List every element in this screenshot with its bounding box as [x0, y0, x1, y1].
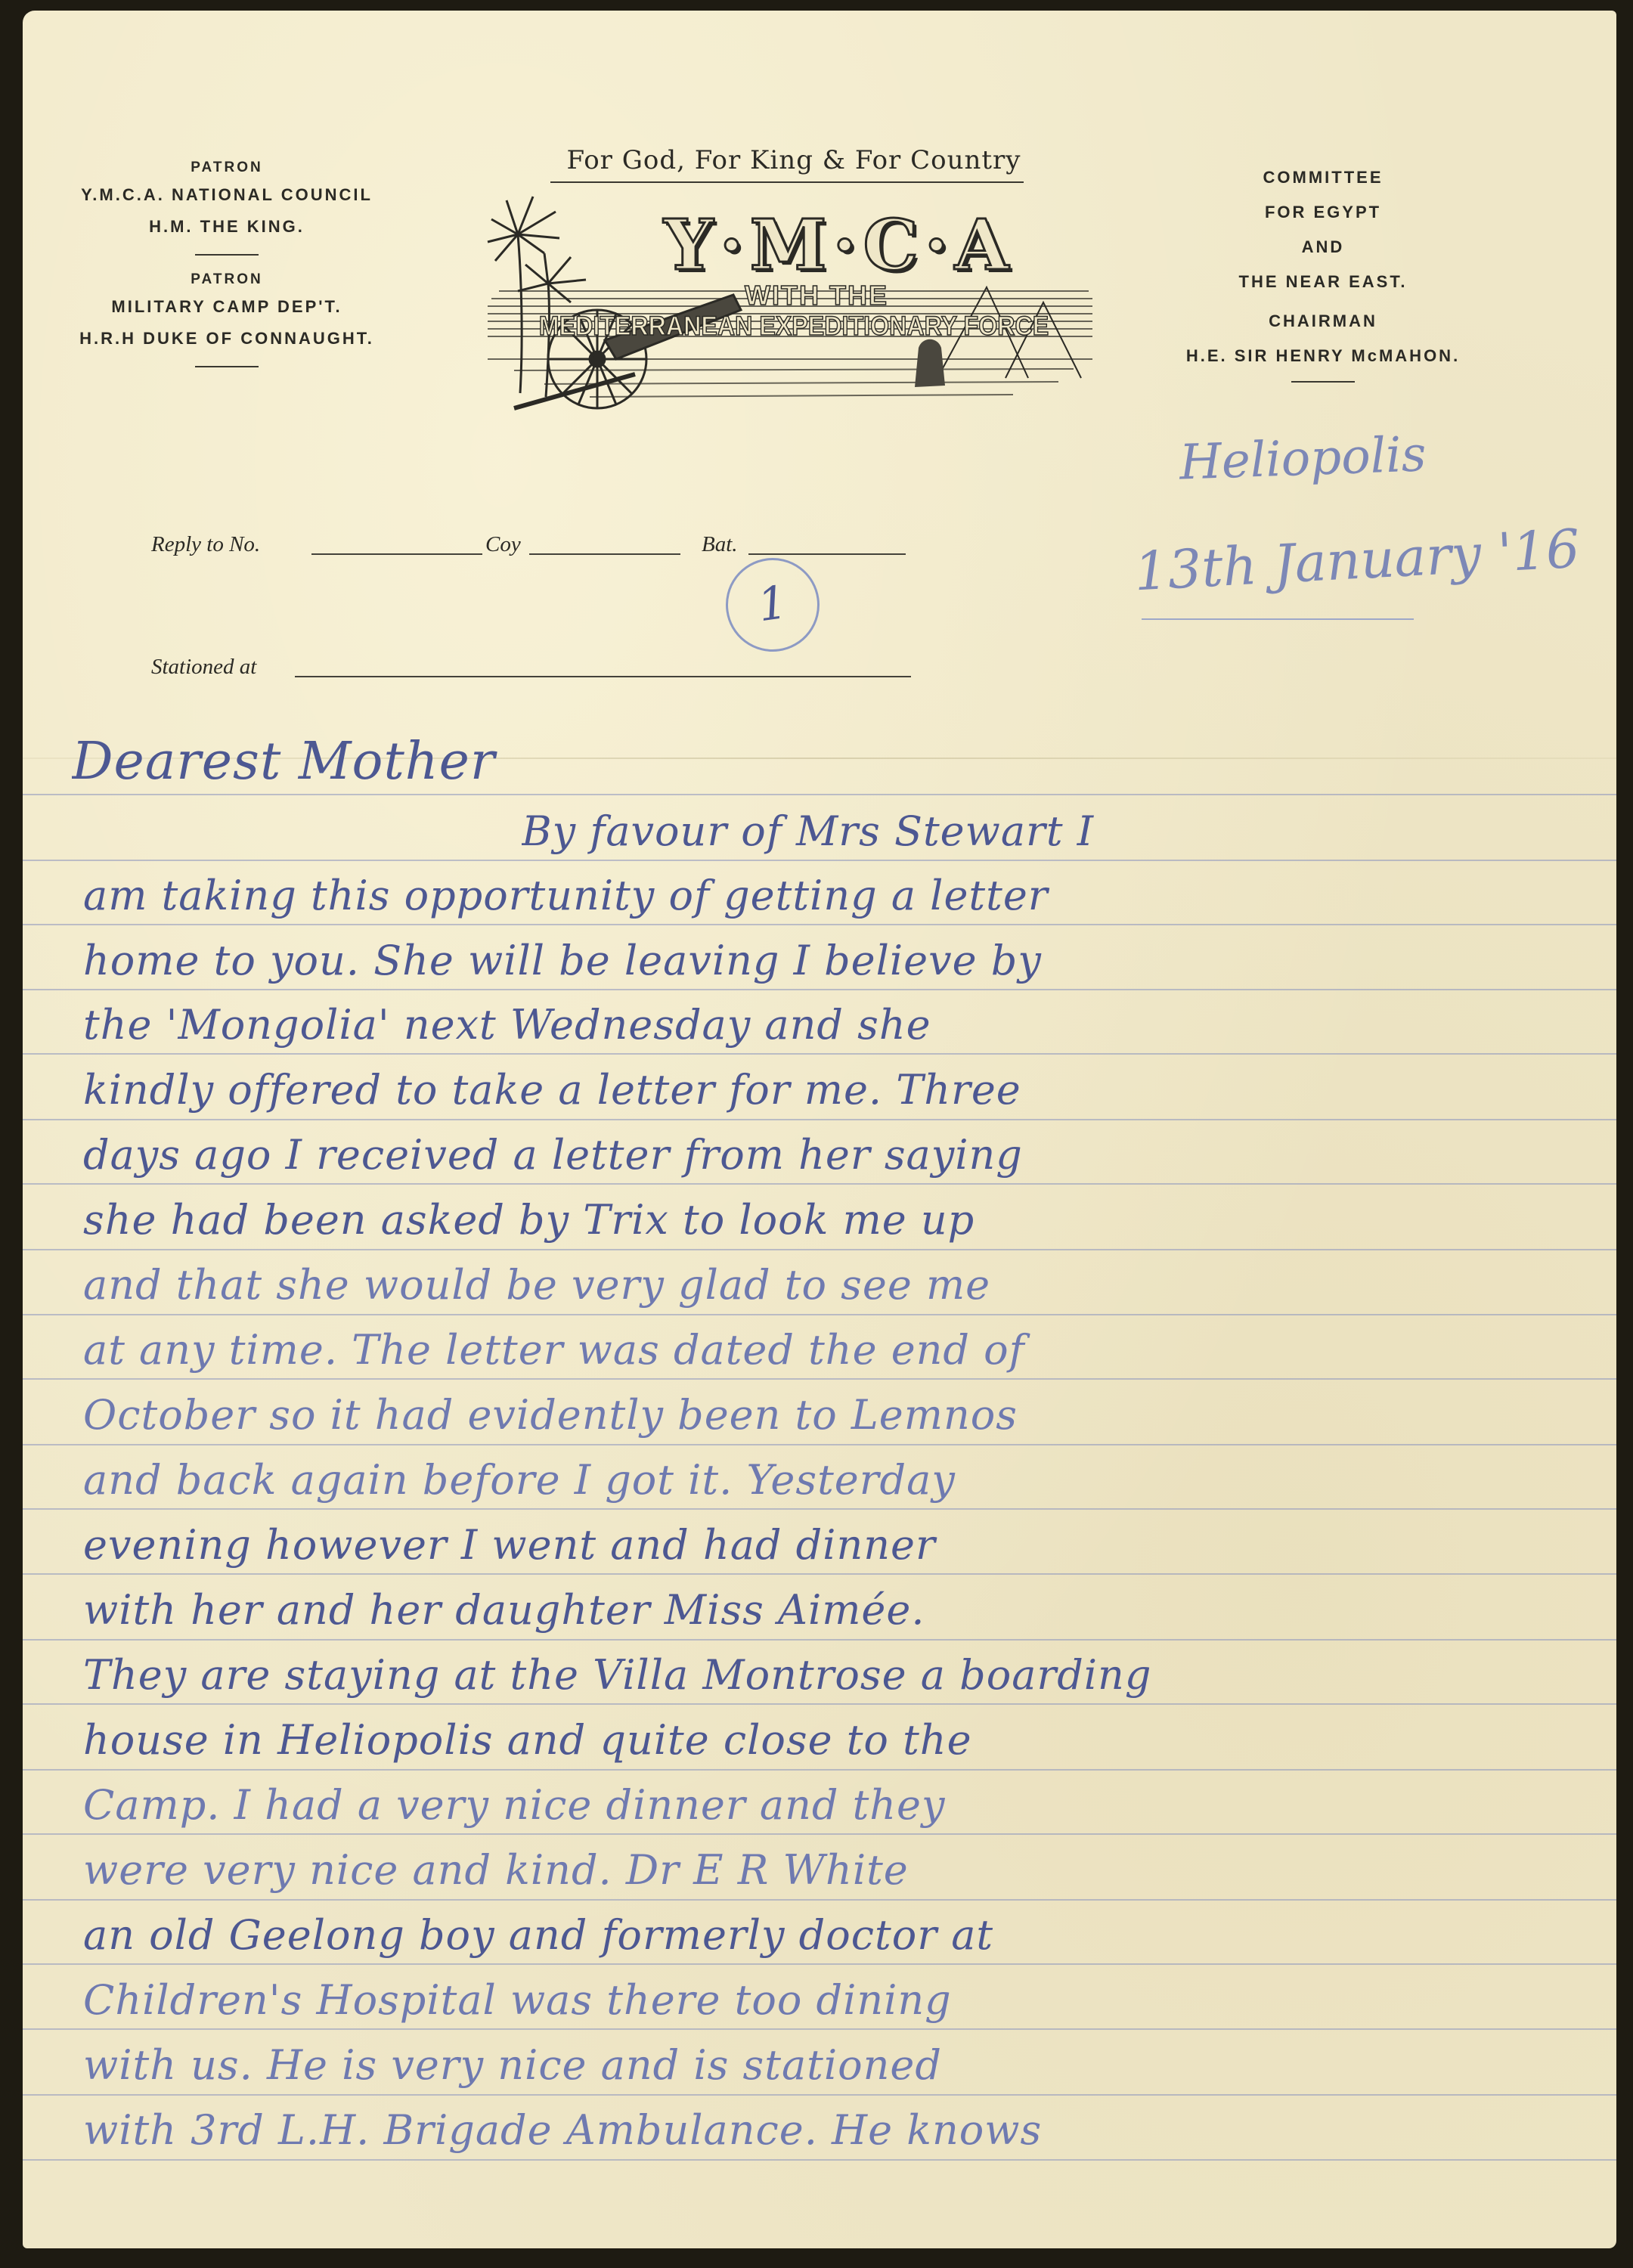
coy-label: Coy [485, 532, 521, 557]
letter-line: were very nice and kind. Dr E R White [83, 1846, 1603, 1894]
chairman-name: H.E. SIR HENRY McMAHON. [1142, 339, 1504, 373]
letter-line: By favour of Mrs Stewart I [522, 807, 1633, 855]
ruled-line [23, 989, 1616, 990]
committee-line: THE NEAR EAST. [1142, 265, 1504, 299]
patron-duke: H.R.H DUKE OF CONNAUGHT. [68, 324, 386, 354]
divider [195, 366, 259, 367]
letter-line: with 3rd L.H. Brigade Ambulance. He know… [83, 2106, 1603, 2154]
ruled-line [23, 1183, 1616, 1185]
ruled-line [23, 1119, 1616, 1120]
letter-line: and back again before I got it. Yesterda… [83, 1456, 1603, 1504]
letterhead-committee: COMMITTEE FOR EGYPT AND THE NEAR EAST. C… [1142, 160, 1504, 396]
salutation: Dearest Mother [72, 732, 1591, 792]
ruled-line [23, 2094, 1616, 2096]
ruled-line [23, 2159, 1616, 2161]
coy-field[interactable] [529, 553, 680, 555]
ruled-line [23, 1639, 1616, 1641]
letter-line: kindly offered to take a letter for me. … [83, 1066, 1603, 1114]
ruled-line [23, 1378, 1616, 1380]
ruled-line [23, 860, 1616, 861]
ruled-line [23, 794, 1616, 795]
stationed-at-field[interactable] [295, 676, 911, 677]
letter-line: she had been asked by Trix to look me up [83, 1196, 1603, 1244]
letter-line: days ago I received a letter from her sa… [83, 1131, 1603, 1179]
letter-line: with her and her daughter Miss Aimée. [83, 1586, 1603, 1634]
letter-line: October so it had evidently been to Lemn… [83, 1391, 1603, 1439]
ruled-line [23, 1573, 1616, 1575]
letter-line: am taking this opportunity of getting a … [83, 872, 1603, 919]
letter-line: with us. He is very nice and is statione… [83, 2041, 1603, 2089]
motto: For God, For King & For Country [529, 145, 1058, 175]
divider [195, 254, 259, 256]
emblem-subtitle-with-the: WITH THE [635, 280, 998, 311]
patron-title: PATRON [68, 157, 386, 178]
letter-place: Heliopolis [1179, 426, 1427, 491]
patron-title: PATRON [68, 269, 386, 290]
committee-line: AND [1142, 230, 1504, 265]
letter-line: an old Geelong boy and formerly doctor a… [83, 1911, 1603, 1959]
patron-king: H.M. THE KING. [68, 212, 386, 242]
bat-label: Bat. [702, 532, 738, 557]
letter-line: Children's Hospital was there too dining [83, 1976, 1603, 2024]
letter-line: the 'Mongolia' next Wednesday and she [83, 1001, 1603, 1049]
letter-line: They are staying at the Villa Montrose a… [83, 1651, 1603, 1699]
emblem-subtitle-force: MEDITERRANEAN EXPEDITIONARY FORCE [516, 311, 1072, 342]
reply-to-label: Reply to No. [151, 532, 260, 557]
ruled-line [23, 1899, 1616, 1901]
ruled-line [23, 1769, 1616, 1771]
ruled-line [23, 1314, 1616, 1315]
letter-line: evening however I went and had dinner [83, 1521, 1603, 1569]
ruled-line [23, 1508, 1616, 1510]
letter-line: at any time. The letter was dated the en… [83, 1326, 1603, 1374]
ruled-line [23, 1963, 1616, 1965]
ruled-line [23, 1444, 1616, 1445]
ymca-title: Y·M·C·A [590, 204, 1089, 286]
patron-council: Y.M.C.A. NATIONAL COUNCIL [68, 178, 386, 212]
date-underline [1142, 618, 1414, 620]
letter-line: Camp. I had a very nice dinner and they [83, 1781, 1603, 1829]
stationed-at-label: Stationed at [151, 655, 256, 680]
ruled-line [23, 2028, 1616, 2030]
chairman-title: CHAIRMAN [1142, 304, 1504, 339]
ruled-line [23, 924, 1616, 925]
divider [1291, 381, 1355, 383]
patron-military-camp: MILITARY CAMP DEP'T. [68, 290, 386, 324]
ruled-line [23, 1053, 1616, 1055]
letterhead-patrons: PATRON Y.M.C.A. NATIONAL COUNCIL H.M. TH… [68, 157, 386, 381]
letter-line: house in Heliopolis and quite close to t… [83, 1716, 1603, 1764]
sphinx-icon [915, 339, 945, 387]
committee-line: COMMITTEE [1142, 160, 1504, 195]
letter-line: and that she would be very glad to see m… [83, 1261, 1603, 1309]
motto-underline [550, 181, 1024, 183]
reply-to-field[interactable] [311, 553, 482, 555]
palm-tree-icon [488, 197, 586, 397]
bat-field[interactable] [748, 553, 906, 555]
committee-line: FOR EGYPT [1142, 195, 1504, 230]
ruled-line [23, 1833, 1616, 1835]
ruled-line [23, 1249, 1616, 1250]
letter-line: home to you. She will be leaving I belie… [83, 937, 1603, 984]
ruled-line [23, 1703, 1616, 1705]
